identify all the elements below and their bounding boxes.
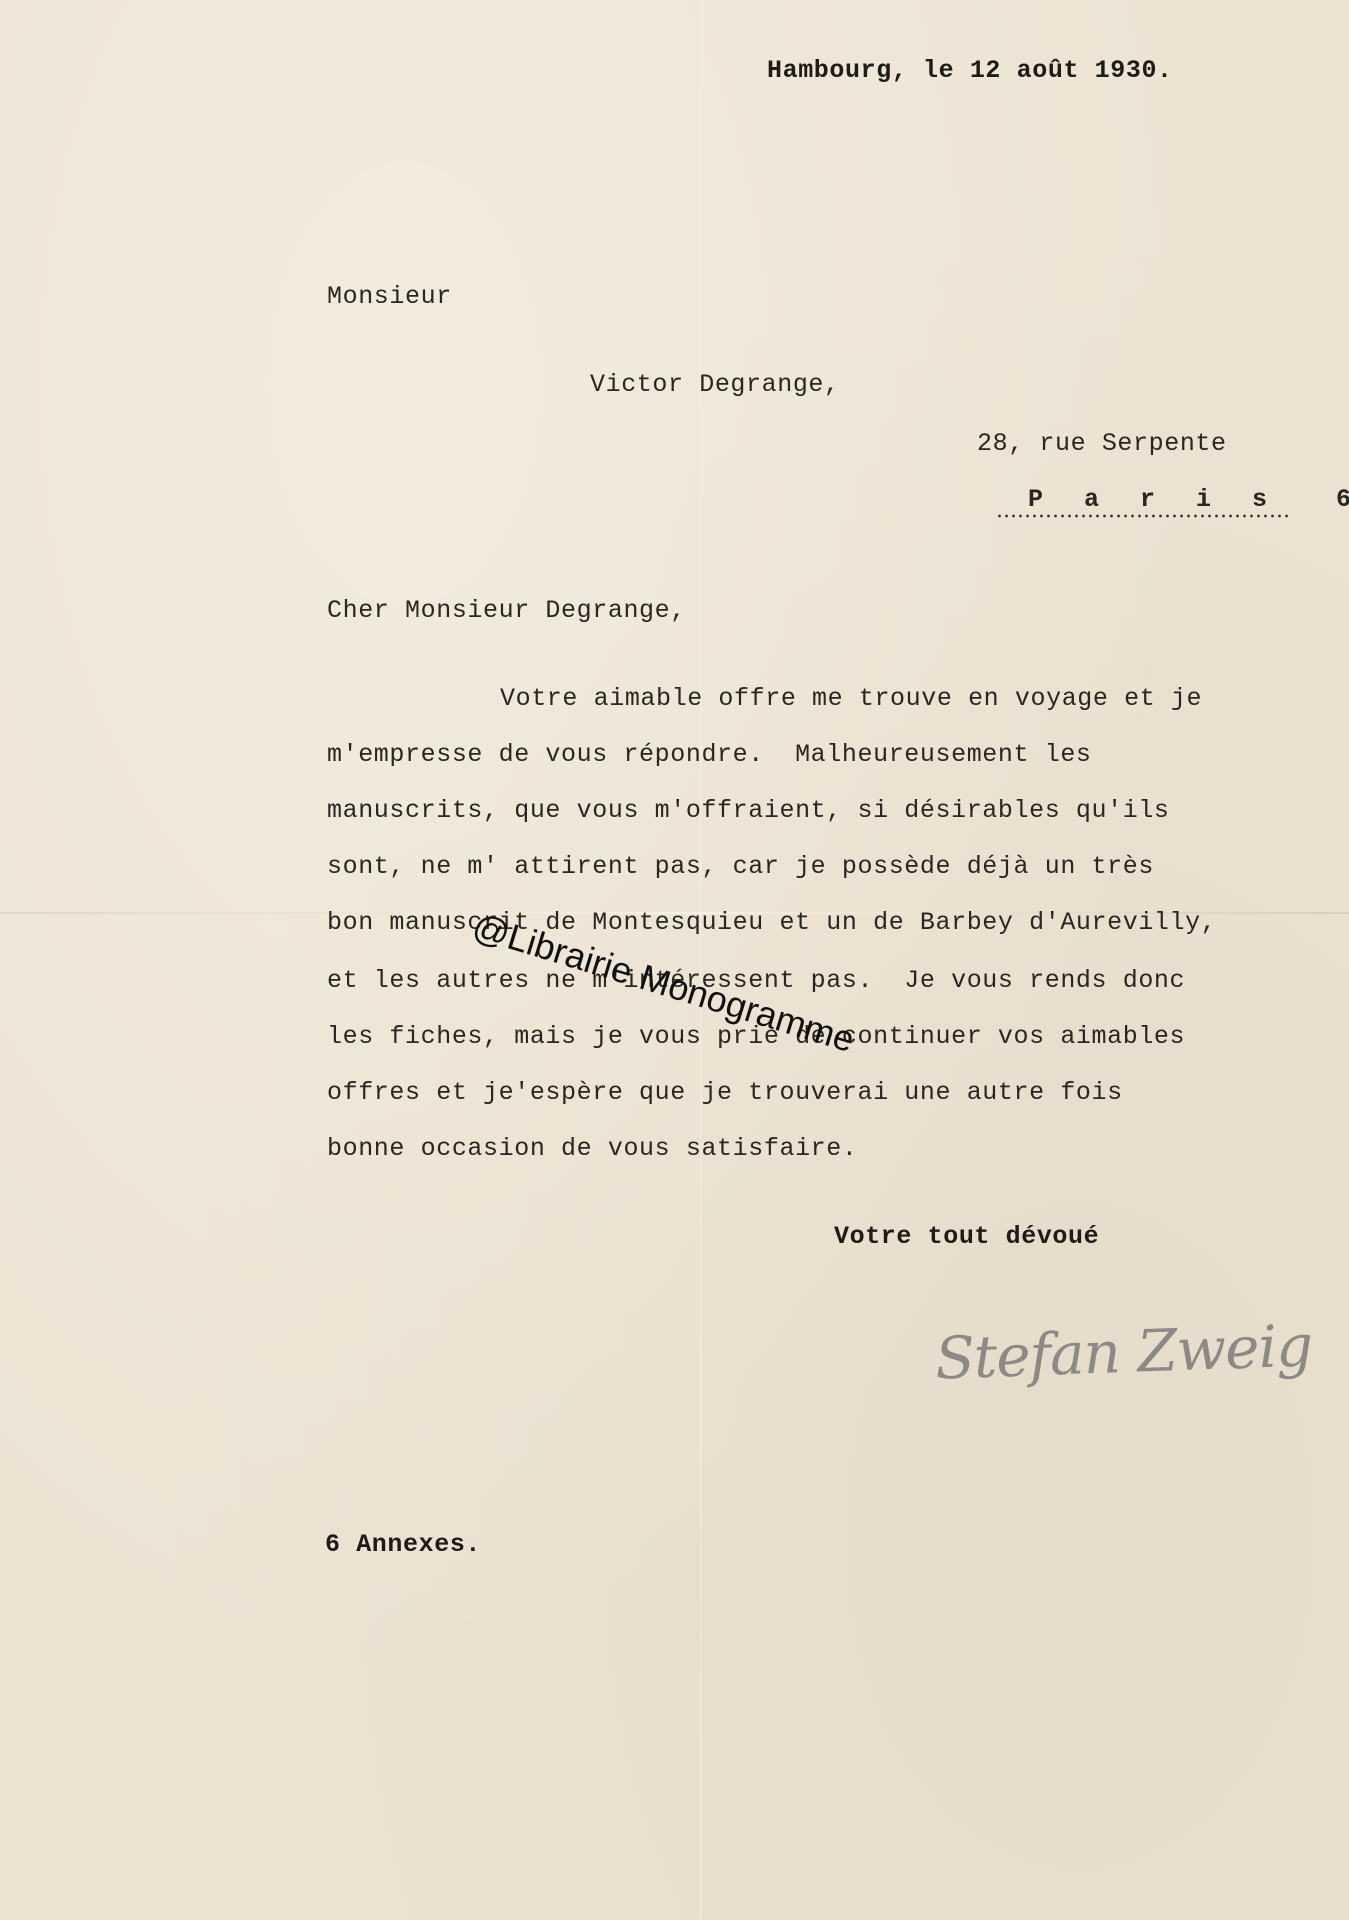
vertical-fold-crease — [700, 0, 702, 1920]
greeting: Cher Monsieur Degrange, — [327, 596, 686, 625]
body-line-4: sont, ne m' attirent pas, car je possède… — [327, 852, 1154, 881]
closing: Votre tout dévoué — [834, 1222, 1099, 1251]
body-line-9: bonne occasion de vous satisfaire. — [327, 1134, 857, 1163]
body-line-5: bon manuscrit de Montesquieu et un de Ba… — [327, 908, 1216, 937]
dateline: Hambourg, le 12 août 1930. — [767, 56, 1173, 85]
body-line-3: manuscrits, que vous m'offraient, si dés… — [327, 796, 1170, 825]
recipient-title: Monsieur — [327, 282, 452, 311]
recipient-street: 28, rue Serpente — [977, 429, 1227, 458]
recipient-city-text: P a r i s 6 — [1028, 485, 1349, 514]
body-line-8: offres et je'espère que je trouverai une… — [327, 1078, 1123, 1107]
dotted-underline — [996, 514, 1290, 518]
handwritten-signature: Stefan Zweig — [934, 1311, 1313, 1392]
enclosures: 6 Annexes. — [325, 1530, 481, 1559]
letter-paper — [0, 0, 1349, 1920]
recipient-name: Victor Degrange, — [590, 370, 840, 399]
body-line-1: Votre aimable offre me trouve en voyage … — [500, 684, 1202, 713]
body-line-2: m'empresse de vous répondre. Malheureuse… — [327, 740, 1092, 769]
recipient-city: P a r i s 6e — [1028, 482, 1349, 514]
